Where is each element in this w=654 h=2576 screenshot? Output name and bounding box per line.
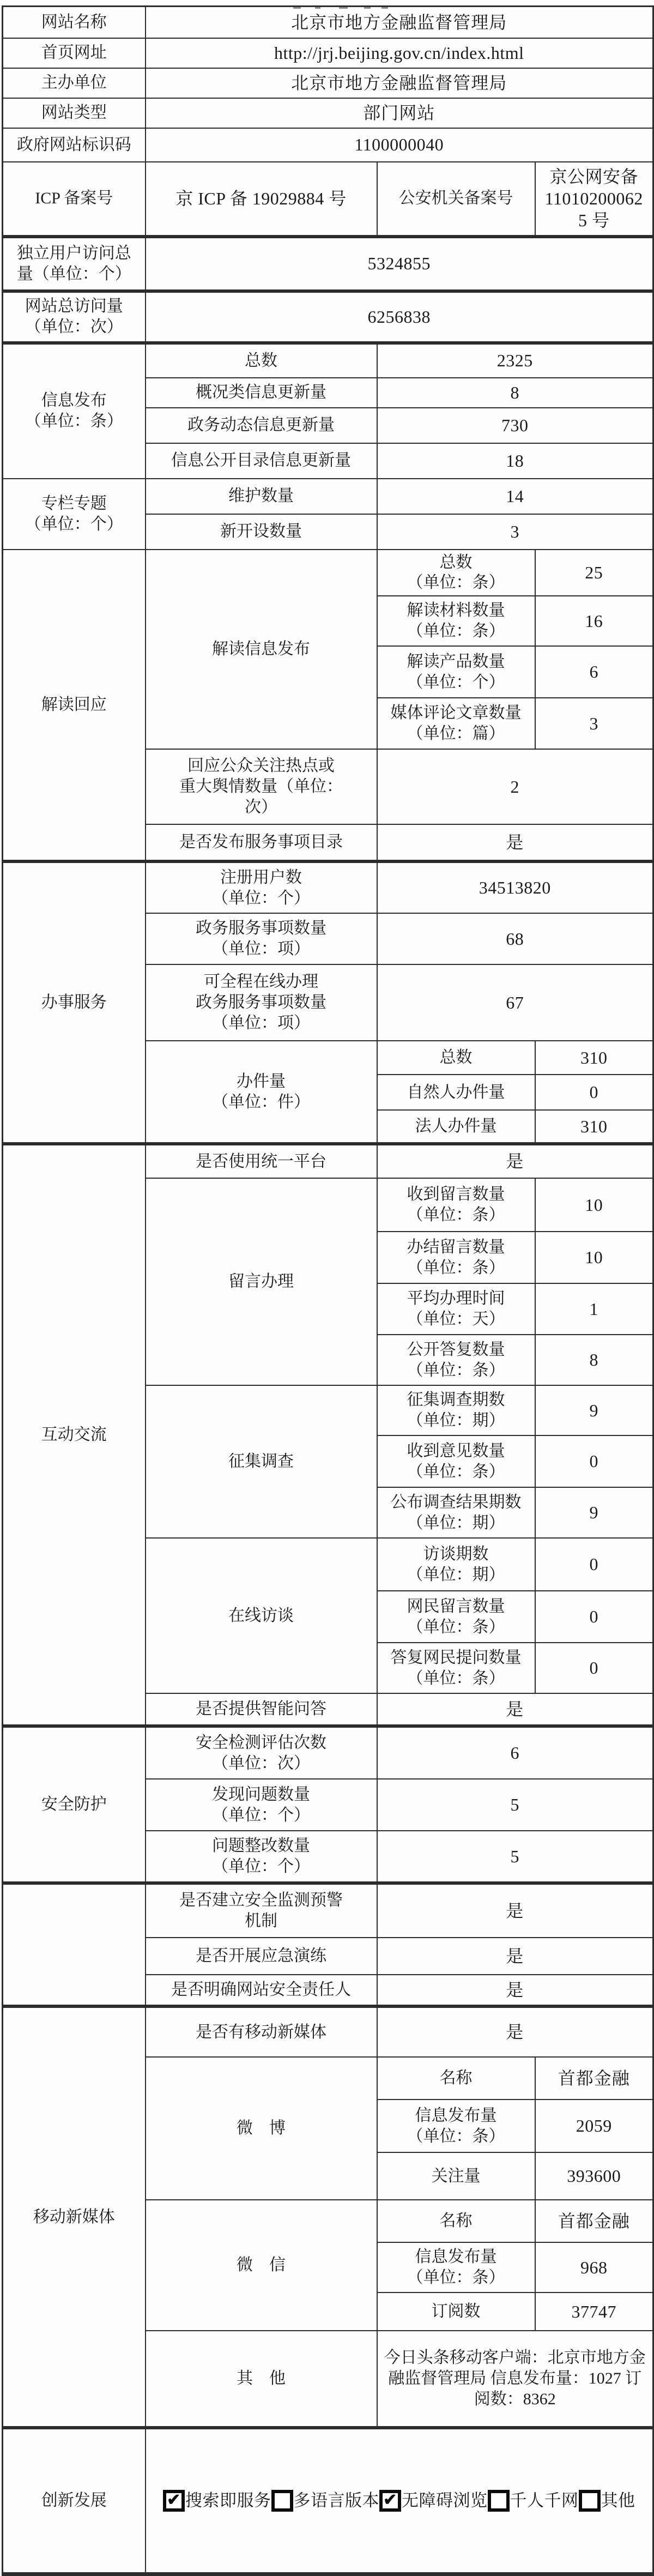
- info-total-label: 总数: [146, 343, 377, 378]
- security-officer-label: 是否明确网站安全责任人: [146, 1975, 377, 2006]
- interpretation-total-value: 25: [535, 550, 653, 596]
- unified-platform-label: 是否使用统一平台: [146, 1144, 377, 1178]
- interpretation-section-label: 解读回应: [3, 550, 146, 862]
- innovation-option: 无障碍浏览: [379, 2490, 488, 2512]
- overview-updates-label: 概况类信息更新量: [146, 378, 377, 408]
- survey-periods-value: 9: [535, 1385, 653, 1435]
- unique-visitors-value: 5324855: [146, 237, 653, 291]
- info-total-value: 2325: [377, 343, 653, 378]
- service-catalog-label: 是否发布服务事项目录: [146, 824, 377, 861]
- registered-users-value: 34513820: [377, 861, 653, 913]
- security-assessments-value: 6: [377, 1726, 653, 1779]
- table-row: 网站类型部门网站: [3, 98, 653, 128]
- unique-visitors-label: 独立用户访问总 量（单位：个）: [3, 237, 146, 291]
- homepage-url-value: http://jrj.beijing.gov.cn/index.html: [146, 38, 653, 68]
- checkbox-label: 其他: [601, 2490, 635, 2511]
- security-officer-value: 是: [377, 1975, 653, 2006]
- survey-results-value: 9: [535, 1487, 653, 1538]
- wechat-posts-label: 信息发布量 （单位：条）: [377, 2242, 535, 2293]
- table-row: 移动新媒体是否有移动新媒体是: [3, 2006, 653, 2057]
- weibo-name-label: 名称: [377, 2057, 535, 2100]
- service-items-value: 68: [377, 913, 653, 964]
- disclosure-updates-value: 18: [377, 443, 653, 479]
- sponsor-value: 北京市地方金融监督管理局: [146, 68, 653, 98]
- disclosure-updates-label: 信息公开目录信息更新量: [146, 443, 377, 479]
- interview-periods-value: 0: [535, 1538, 653, 1591]
- unified-platform-value: 是: [377, 1144, 653, 1178]
- table-row: 网站名称北京市地方金融监督管理局: [3, 7, 653, 38]
- table-row: 办事服务注册用户数 （单位：个）34513820: [3, 861, 653, 913]
- netizen-replies-label: 答复网民提问数量 （单位：条）: [377, 1643, 535, 1693]
- netizen-messages-label: 网民留言数量 （单位：条）: [377, 1591, 535, 1643]
- checkbox-accessibility-checked[interactable]: [379, 2490, 401, 2512]
- innovation-option: 千人千网: [488, 2490, 579, 2512]
- media-articles-label: 媒体评论文章数量 （单位：篇）: [377, 698, 535, 749]
- interpretation-materials-value: 16: [535, 596, 653, 646]
- transactions-total-value: 310: [535, 1041, 653, 1075]
- annual-report-page: { "page": { "background": "#fdfdfd", "te…: [0, 5, 654, 2572]
- new-columns-label: 新开设数量: [146, 514, 377, 550]
- innovation-option: 其他: [579, 2490, 635, 2512]
- wechat-name-label: 名称: [377, 2200, 535, 2242]
- netizen-messages-value: 0: [535, 1591, 653, 1643]
- interpretation-materials-label: 解读材料数量 （单位：条）: [377, 596, 535, 646]
- overview-updates-value: 8: [377, 378, 653, 408]
- interpretation-products-value: 6: [535, 646, 653, 698]
- gov-site-id-value: 1100000040: [146, 128, 653, 162]
- table-row: 互动交流是否使用统一平台是: [3, 1144, 653, 1178]
- wechat-section-label: 微 信: [146, 2200, 377, 2331]
- issues-found-label: 发现问题数量 （单位：个）: [146, 1779, 377, 1831]
- issues-fixed-value: 5: [377, 1831, 653, 1883]
- survey-periods-label: 征集调查期数 （单位：期）: [377, 1385, 535, 1435]
- gov-news-updates-value: 730: [377, 408, 653, 443]
- smart-qa-label: 是否提供智能问答: [146, 1693, 377, 1726]
- emergency-drill-value: 是: [377, 1938, 653, 1975]
- monitoring-mechanism-value: 是: [377, 1883, 653, 1938]
- online-service-items-value: 67: [377, 964, 653, 1041]
- opinions-received-label: 收到意见数量 （单位：条）: [377, 1435, 535, 1487]
- netizen-replies-value: 0: [535, 1643, 653, 1693]
- message-handling-label: 留言办理: [146, 1178, 377, 1385]
- site-type-label: 网站类型: [3, 98, 146, 128]
- info-publish-section-label: 信息发布 （单位：条）: [3, 343, 146, 479]
- table-row: 信息发布 （单位：条）总数2325: [3, 343, 653, 378]
- total-visits-label: 网站总访问量 （单位：次）: [3, 291, 146, 343]
- gov-site-id-label: 政府网站标识码: [3, 128, 146, 162]
- service-catalog-value: 是: [377, 824, 653, 861]
- table-row: 专栏专题 （单位：个）维护数量14: [3, 479, 653, 514]
- has-mobile-media-label: 是否有移动新媒体: [146, 2006, 377, 2057]
- wechat-subscribers-value: 37747: [535, 2293, 653, 2331]
- issues-fixed-label: 问题整改数量 （单位：个）: [146, 1831, 377, 1883]
- weibo-followers-value: 393600: [535, 2152, 653, 2200]
- icp-license-value: 京 ICP 备 19029884 号: [146, 162, 377, 237]
- checkbox-search-as-service-checked[interactable]: [163, 2490, 185, 2512]
- gov-website-annual-report-table: 网站名称北京市地方金融监督管理局首页网址http://jrj.beijing.g…: [2, 5, 654, 2576]
- other-media-label: 其 他: [146, 2331, 377, 2428]
- innovation-option: 多语言版本: [271, 2490, 380, 2512]
- special-columns-section-label: 专栏专题 （单位：个）: [3, 479, 146, 550]
- total-visits-value: 6256838: [146, 291, 653, 343]
- security-extra-section-spacer: [3, 1883, 146, 2006]
- icp-license-label: ICP 备案号: [3, 162, 146, 237]
- corporate-transactions-value: 310: [535, 1110, 653, 1144]
- innovation-options-cell: 搜索即服务多语言版本无障碍浏览千人千网其他: [146, 2428, 653, 2574]
- weibo-followers-label: 关注量: [377, 2152, 535, 2200]
- checkbox-personalized-web-unchecked[interactable]: [488, 2490, 510, 2512]
- messages-received-value: 10: [535, 1178, 653, 1232]
- police-license-value: 京公网安备 11010200062 5 号: [535, 162, 653, 237]
- online-service-items-label: 可全程在线办理 政务服务事项数量 （单位：项）: [146, 964, 377, 1041]
- public-replies-value: 8: [535, 1335, 653, 1385]
- monitoring-mechanism-label: 是否建立安全监测预警 机制: [146, 1883, 377, 1938]
- homepage-url-label: 首页网址: [3, 38, 146, 68]
- site-name-label: 网站名称: [3, 7, 146, 38]
- table-row: 是否建立安全监测预警 机制是: [3, 1883, 653, 1938]
- maintained-columns-label: 维护数量: [146, 479, 377, 514]
- table-row: 创新发展搜索即服务多语言版本无障碍浏览千人千网其他: [3, 2428, 653, 2574]
- police-license-label: 公安机关备案号: [377, 162, 535, 237]
- table-row: 解读回应解读信息发布总数 （单位：条）25: [3, 550, 653, 596]
- table-row: 政府网站标识码1100000040: [3, 128, 653, 162]
- online-interview-label: 在线访谈: [146, 1538, 377, 1693]
- issues-found-value: 5: [377, 1779, 653, 1831]
- checkbox-label: 千人千网: [510, 2490, 579, 2511]
- interpretation-publish-label: 解读信息发布: [146, 550, 377, 750]
- wechat-subscribers-label: 订阅数: [377, 2293, 535, 2331]
- site-type-value: 部门网站: [146, 98, 653, 128]
- survey-results-label: 公布调查结果期数 （单位：期）: [377, 1487, 535, 1538]
- messages-received-label: 收到留言数量 （单位：条）: [377, 1178, 535, 1232]
- security-assessments-label: 安全检测评估次数 （单位：次）: [146, 1726, 377, 1779]
- service-items-label: 政务服务事项数量 （单位：项）: [146, 913, 377, 964]
- sponsor-label: 主办单位: [3, 68, 146, 98]
- checkbox-label: 搜索即服务: [185, 2490, 271, 2511]
- public-replies-label: 公开答复数量 （单位：条）: [377, 1335, 535, 1385]
- avg-handling-time-label: 平均办理时间 （单位：天）: [377, 1283, 535, 1335]
- interpretation-total-label: 总数 （单位：条）: [377, 550, 535, 596]
- interview-periods-label: 访谈期数 （单位：期）: [377, 1538, 535, 1591]
- public-response-value: 2: [377, 749, 653, 824]
- corporate-transactions-label: 法人办件量: [377, 1110, 535, 1144]
- checkbox-other-unchecked[interactable]: [579, 2490, 601, 2512]
- interaction-section-label: 互动交流: [3, 1144, 146, 1726]
- checkbox-multilingual-unchecked[interactable]: [271, 2490, 293, 2512]
- transactions-section-label: 办件量 （单位：件）: [146, 1041, 377, 1144]
- wechat-posts-value: 968: [535, 2242, 653, 2293]
- innovation-checkbox-group: 搜索即服务多语言版本无障碍浏览千人千网其他: [150, 2490, 649, 2512]
- other-media-value: 今日头条移动客户端：北京市地方金融监督管理局 信息发布量：1027 订阅数：83…: [377, 2331, 653, 2428]
- table-row: ICP 备案号京 ICP 备 19029884 号公安机关备案号京公网安备 11…: [3, 162, 653, 237]
- media-articles-value: 3: [535, 698, 653, 749]
- weibo-name-value: 首都金融: [535, 2057, 653, 2100]
- checkbox-label: 多语言版本: [294, 2490, 380, 2511]
- public-response-label: 回应公众关注热点或 重大舆情数量（单位： 次）: [146, 749, 377, 824]
- table-row: 首页网址http://jrj.beijing.gov.cn/index.html: [3, 38, 653, 68]
- innovation-option: 搜索即服务: [163, 2490, 271, 2512]
- survey-section-label: 征集调查: [146, 1385, 377, 1538]
- table-body: 网站名称北京市地方金融监督管理局首页网址http://jrj.beijing.g…: [3, 7, 653, 2574]
- weibo-posts-label: 信息发布量 （单位：条）: [377, 2100, 535, 2152]
- registered-users-label: 注册用户数 （单位：个）: [146, 861, 377, 913]
- security-section-label: 安全防护: [3, 1726, 146, 1883]
- has-mobile-media-value: 是: [377, 2006, 653, 2057]
- individual-transactions-value: 0: [535, 1075, 653, 1110]
- transactions-total-label: 总数: [377, 1041, 535, 1075]
- maintained-columns-value: 14: [377, 479, 653, 514]
- avg-handling-time-value: 1: [535, 1283, 653, 1335]
- site-name-value: 北京市地方金融监督管理局: [146, 7, 653, 38]
- opinions-received-value: 0: [535, 1435, 653, 1487]
- messages-resolved-label: 办结留言数量 （单位：条）: [377, 1232, 535, 1283]
- weibo-posts-value: 2059: [535, 2100, 653, 2152]
- messages-resolved-value: 10: [535, 1232, 653, 1283]
- table-row: 网站总访问量 （单位：次）6256838: [3, 291, 653, 343]
- emergency-drill-label: 是否开展应急演练: [146, 1938, 377, 1975]
- wechat-name-value: 首都金融: [535, 2200, 653, 2242]
- cropped-text-remnant: [289, 5, 392, 10]
- checkbox-label: 无障碍浏览: [402, 2490, 488, 2511]
- services-section-label: 办事服务: [3, 861, 146, 1144]
- new-columns-value: 3: [377, 514, 653, 550]
- innovation-section-label: 创新发展: [3, 2428, 146, 2574]
- table-row: 独立用户访问总 量（单位：个）5324855: [3, 237, 653, 291]
- weibo-section-label: 微 博: [146, 2057, 377, 2200]
- mobile-media-section-label: 移动新媒体: [3, 2006, 146, 2428]
- smart-qa-value: 是: [377, 1693, 653, 1726]
- gov-news-updates-label: 政务动态信息更新量: [146, 408, 377, 443]
- interpretation-products-label: 解读产品数量 （单位：个）: [377, 646, 535, 698]
- table-row: 主办单位北京市地方金融监督管理局: [3, 68, 653, 98]
- table-row: 安全防护安全检测评估次数 （单位：次）6: [3, 1726, 653, 1779]
- individual-transactions-label: 自然人办件量: [377, 1075, 535, 1110]
